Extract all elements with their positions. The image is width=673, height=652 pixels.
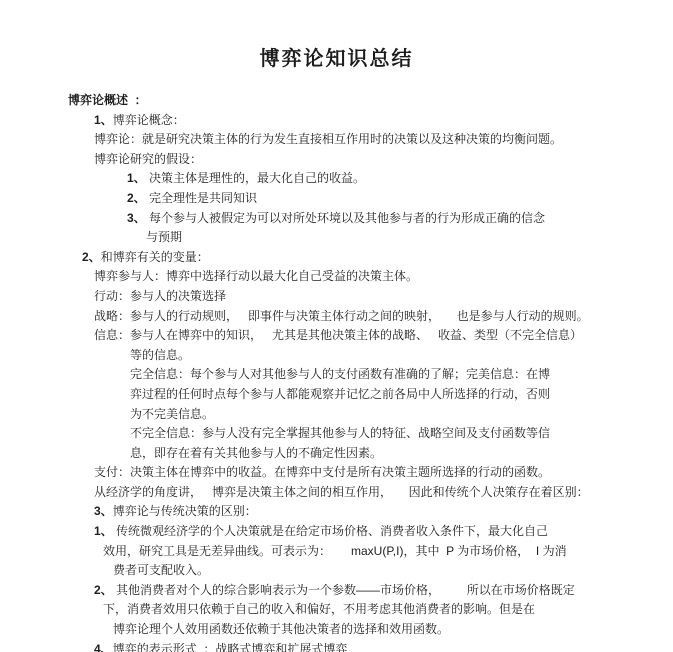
doc-line: 博弈论：就是研究决策主体的行为发生直接相互作用时的决策以及这种决策的均衡问题。 bbox=[94, 130, 673, 150]
doc-line: 费者可支配收入。 bbox=[113, 561, 673, 581]
line-text: 行动：参与人的决策选择 bbox=[94, 289, 226, 303]
doc-line: 弈过程的任何时点每个参与人都能观察并记忆之前各局中人所选择的行动，否则 bbox=[130, 385, 673, 405]
line-text: 与预期 bbox=[146, 230, 182, 244]
doc-line: 从经济学的角度讲， 博弈是决策主体之间的相互作用， 因此和传统个人决策存在着区别… bbox=[94, 483, 673, 503]
line-text: 博弈论研究的假设： bbox=[94, 152, 202, 166]
doc-line: 等的信息。 bbox=[130, 346, 673, 366]
doc-line: 支付：决策主体在博弈中的收益。在博弈中支付是所有决策主题所选择的行动的函数。 bbox=[94, 463, 673, 483]
document-page: 博弈论知识总结 博弈论概述 ： 1、博弈论概念： 博弈论：就是研究决策主体的行为… bbox=[0, 0, 673, 652]
heading-difference: 3、博弈论与传统决策的区别： bbox=[94, 502, 673, 522]
doc-line: 战略：参与人的行动规则， 即事件与决策主体行动之间的映射， 也是参与人行动的规则… bbox=[94, 307, 673, 327]
line-text: 博弈论：就是研究决策主体的行为发生直接相互作用时的决策以及这种决策的均衡问题。 bbox=[94, 132, 562, 146]
line-text: 弈过程的任何时点每个参与人都能观察并记忆之前各局中人所选择的行动，否则 bbox=[130, 387, 550, 401]
doc-line: 与预期 bbox=[146, 228, 673, 248]
heading-representation: 4、博弈的表示形式 ：战略式博弈和扩展式博弈 bbox=[94, 640, 673, 652]
line-text: 下，消费者效用只依赖于自己的收入和偏好，不用考虑其他消费者的影响。但是在 bbox=[103, 602, 535, 616]
doc-line: 行动：参与人的决策选择 bbox=[94, 287, 673, 307]
doc-line: 下，消费者效用只依赖于自己的收入和偏好，不用考虑其他消费者的影响。但是在 bbox=[103, 600, 673, 620]
list-item: 2、 其他消费者对个人的综合影响表示为一个参数——市场价格， 所以在市场价格既定 bbox=[94, 581, 673, 601]
heading-overview: 博弈论概述 ： bbox=[68, 91, 673, 111]
document-body: 博弈论概述 ： 1、博弈论概念： 博弈论：就是研究决策主体的行为发生直接相互作用… bbox=[0, 91, 673, 652]
line-number: 2、 bbox=[82, 250, 101, 264]
doc-line: 息，即存在着有关其他参与人的不确定性因素。 bbox=[130, 444, 673, 464]
line-text: 费者可支配收入。 bbox=[113, 563, 209, 577]
line-text: 战略：参与人的行动规则， 即事件与决策主体行动之间的映射， 也是参与人行动的规则… bbox=[94, 309, 589, 323]
doc-line: 不完全信息：参与人没有完全掌握其他参与人的特征、战略空间及支付函数等信 bbox=[130, 424, 673, 444]
line-number: 1、 bbox=[94, 113, 113, 127]
line-number: 3、 bbox=[94, 504, 113, 518]
line-text: 传统微观经济学的个人决策就是在给定市场价格、消费者收入条件下，最大化自己 bbox=[113, 524, 548, 538]
line-text: 和博弈有关的变量： bbox=[101, 250, 209, 264]
line-text: 其他消费者对个人的综合影响表示为一个参数——市场价格， 所以在市场价格既定 bbox=[113, 583, 575, 597]
doc-line: 完全信息：每个参与人对其他参与人的支付函数有准确的了解；完美信息：在博 bbox=[130, 365, 673, 385]
list-item: 3、 每个参与人被假定为可以对所处环境以及其他参与者的行为形成正确的信念 bbox=[127, 209, 673, 229]
line-text: 博弈的表示形式 ：战略式博弈和扩展式博弈 bbox=[113, 642, 348, 652]
line-number: 2、 bbox=[127, 191, 146, 205]
line-text: 效用，研究工具是无差异曲线。可表示为： maxU(P,I)，其中 P 为市场价格… bbox=[103, 544, 567, 558]
line-number: 2、 bbox=[94, 583, 113, 597]
line-text: 为不完美信息。 bbox=[130, 407, 214, 421]
doc-line: 博弈论理个人效用函数还依赖于其他决策者的选择和效用函数。 bbox=[113, 620, 673, 640]
line-text: 决策主体是理性的，最大化自己的收益。 bbox=[146, 171, 365, 185]
line-text: 支付：决策主体在博弈中的收益。在博弈中支付是所有决策主题所选择的行动的函数。 bbox=[94, 465, 550, 479]
line-number: 1、 bbox=[127, 171, 146, 185]
line-text: 息，即存在着有关其他参与人的不确定性因素。 bbox=[130, 446, 382, 460]
doc-line: 信息：参与人在博弈中的知识， 尤其是其他决策主体的战略、 收益、类型（不完全信息… bbox=[94, 326, 673, 346]
line-text: 等的信息。 bbox=[130, 348, 190, 362]
doc-line: 为不完美信息。 bbox=[130, 405, 673, 425]
list-item: 1、 决策主体是理性的，最大化自己的收益。 bbox=[127, 169, 673, 189]
line-number: 1、 bbox=[94, 524, 113, 538]
line-text: 博弈论与传统决策的区别： bbox=[113, 504, 257, 518]
line-text: 博弈论概述 ： bbox=[68, 93, 147, 107]
line-text: 博弈参与人：博弈中选择行动以最大化自己受益的决策主体。 bbox=[94, 269, 418, 283]
doc-line: 博弈参与人：博弈中选择行动以最大化自己受益的决策主体。 bbox=[94, 267, 673, 287]
line-text: 从经济学的角度讲， 博弈是决策主体之间的相互作用， 因此和传统个人决策存在着区别… bbox=[94, 485, 589, 499]
line-number: 3、 bbox=[127, 211, 146, 225]
line-text: 信息：参与人在博弈中的知识， 尤其是其他决策主体的战略、 收益、类型（不完全信息… bbox=[94, 328, 582, 342]
line-text: 每个参与人被假定为可以对所处环境以及其他参与者的行为形成正确的信念 bbox=[146, 211, 545, 225]
line-text: 完全信息：每个参与人对其他参与人的支付函数有准确的了解；完美信息：在博 bbox=[130, 367, 550, 381]
list-item: 2、 完全理性是共同知识 bbox=[127, 189, 673, 209]
heading-concept: 1、博弈论概念： bbox=[94, 111, 673, 131]
heading-variables: 2、和博弈有关的变量： bbox=[82, 248, 673, 268]
line-text: 完全理性是共同知识 bbox=[146, 191, 257, 205]
line-number: 4、 bbox=[94, 642, 113, 652]
page-title: 博弈论知识总结 bbox=[0, 42, 673, 71]
line-text: 博弈论理个人效用函数还依赖于其他决策者的选择和效用函数。 bbox=[113, 622, 449, 636]
doc-line: 效用，研究工具是无差异曲线。可表示为： maxU(P,I)，其中 P 为市场价格… bbox=[103, 542, 673, 562]
line-text: 不完全信息：参与人没有完全掌握其他参与人的特征、战略空间及支付函数等信 bbox=[130, 426, 550, 440]
line-text: 博弈论概念： bbox=[113, 113, 185, 127]
list-item: 1、 传统微观经济学的个人决策就是在给定市场价格、消费者收入条件下，最大化自己 bbox=[94, 522, 673, 542]
doc-line: 博弈论研究的假设： bbox=[94, 150, 673, 170]
